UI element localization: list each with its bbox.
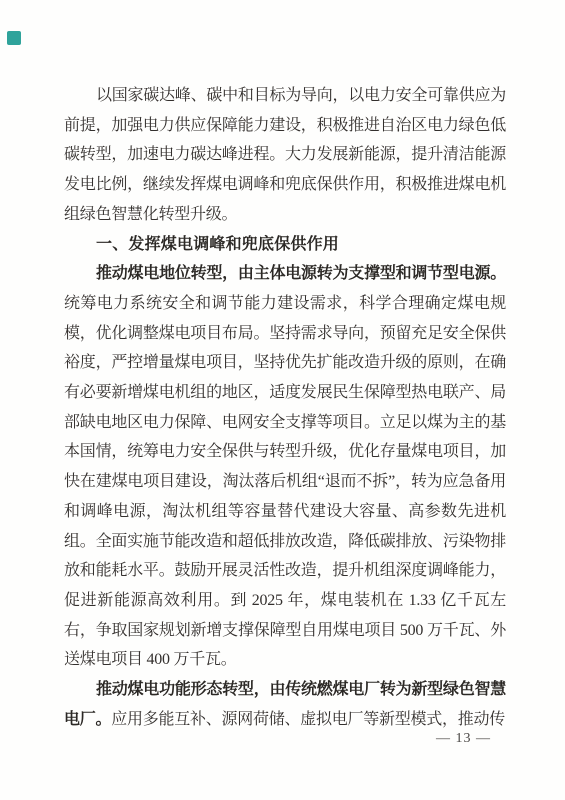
document-page: 以国家碳达峰、碳中和目标为导向，以电力安全可靠供应为前提，加强电力供应保障能力建… — [0, 0, 565, 800]
document-body: 以国家碳达峰、碳中和目标为导向，以电力安全可靠供应为前提，加强电力供应保障能力建… — [64, 81, 506, 734]
paragraph: 推动煤电功能形态转型，由传统燃煤电厂转为新型绿色智慧电厂。应用多能互补、源网荷储… — [64, 675, 506, 734]
section-heading: 一、发挥煤电调峰和兜底保供作用 — [64, 230, 506, 260]
corner-marker-icon[interactable] — [7, 31, 21, 45]
page-number: — 13 — — [436, 731, 491, 747]
text-run: 应用多能互补、源网荷储、虚拟电厂等新型模式，推动传 — [111, 711, 505, 728]
text-run: 统筹电力系统安全和调节能力建设需求，科学合理确定煤电规模，优化调整煤电项目布局。… — [64, 295, 506, 668]
paragraph: 推动煤电地位转型，由主体电源转为支撑型和调节型电源。统筹电力系统安全和调节能力建… — [64, 259, 506, 675]
text-run: 以国家碳达峰、碳中和目标为导向，以电力安全可靠供应为前提，加强电力供应保障能力建… — [64, 87, 506, 223]
bold-text-run: 一、发挥煤电调峰和兜底保供作用 — [96, 236, 339, 253]
paragraph: 以国家碳达峰、碳中和目标为导向，以电力安全可靠供应为前提，加强电力供应保障能力建… — [64, 81, 506, 230]
bold-text-run: 推动煤电地位转型，由主体电源转为支撑型和调节型电源。 — [96, 265, 506, 282]
